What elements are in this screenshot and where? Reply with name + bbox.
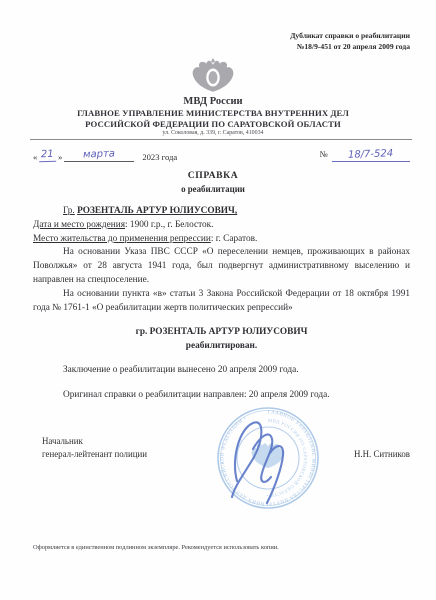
duplicate-note: Дубликат справки о реабилитации №18/9-45… bbox=[290, 31, 410, 52]
handwritten-month: марта bbox=[83, 149, 115, 160]
duplicate-note-line2: №18/9-451 от 20 апреля 2009 года bbox=[290, 42, 410, 53]
agency-name: МВД России bbox=[0, 96, 426, 108]
signer-name: Н.Н. Ситников bbox=[354, 448, 410, 461]
org-address: ул. Соколовая, д. 339, г. Саратов, 41003… bbox=[0, 130, 426, 136]
title-subject: о реабилитации bbox=[0, 184, 426, 194]
org-name-line2: РОССИЙСКОЙ ФЕДЕРАЦИИ ПО САРАТОВСКОЙ ОБЛА… bbox=[0, 119, 426, 130]
title-spravka: СПРАВКА bbox=[0, 170, 426, 181]
residence-label: Место жительства до применения репрессии bbox=[33, 234, 211, 244]
document-body: Гр. РОЗЕНТАЛЬ АРТУР ЮЛИУСОВИЧ, Дата и ме… bbox=[33, 205, 410, 402]
verdict-name: гр. РОЗЕНТАЛЬ АРТУР ЮЛИУСОВИЧ bbox=[33, 326, 410, 339]
handwritten-number: 18/7-524 bbox=[348, 149, 393, 161]
number-blank: 18/7-524 bbox=[332, 149, 410, 162]
birth-label: Дата и место рождения bbox=[33, 220, 125, 230]
paragraph-law: На основании пункта «в» статьи 3 Закона … bbox=[33, 288, 410, 316]
signer-post-line2: генерал-лейтенант полиции bbox=[42, 448, 147, 461]
residence-line: Место жительства до применения репрессии… bbox=[33, 233, 410, 247]
citizen-name-line: Гр. РОЗЕНТАЛЬ АРТУР ЮЛИУСОВИЧ, bbox=[33, 205, 410, 219]
year-text: 2023 года bbox=[142, 152, 177, 162]
date-number-row: «21» марта 2023 года №18/7-524 bbox=[33, 146, 410, 162]
gr-label: Гр. bbox=[63, 206, 75, 216]
birth-value: : 1900 г.р., г. Белосток. bbox=[125, 220, 214, 230]
mvd-eagle-emblem-icon bbox=[190, 58, 236, 94]
letterhead-divider bbox=[30, 139, 412, 140]
handwritten-day: 21 bbox=[39, 150, 56, 163]
org-name-line1: ГЛАВНОЕ УПРАВЛЕНИЕ МИНИСТЕРСТВА ВНУТРЕНН… bbox=[0, 108, 426, 119]
conclusion-line: Заключение о реабилитации вынесено 20 ап… bbox=[33, 364, 410, 378]
letterhead: МВД России ГЛАВНОЕ УПРАВЛЕНИЕ МИНИСТЕРСТ… bbox=[0, 58, 426, 136]
signer-post-line1: Начальник bbox=[42, 435, 147, 448]
document-title: СПРАВКА о реабилитации bbox=[0, 170, 426, 194]
citizen-name: РОЗЕНТАЛЬ АРТУР ЮЛИУСОВИЧ, bbox=[77, 206, 237, 216]
number-field: №18/7-524 bbox=[320, 149, 410, 162]
duplicate-note-line1: Дубликат справки о реабилитации bbox=[290, 31, 410, 42]
verdict-block: гр. РОЗЕНТАЛЬ АРТУР ЮЛИУСОВИЧ реабилитир… bbox=[33, 326, 410, 352]
signature-row: Начальник генерал-лейтенант полиции Н.Н.… bbox=[42, 435, 410, 461]
rehabilitation-certificate-document: Дубликат справки о реабилитации №18/9-45… bbox=[0, 0, 436, 600]
close-quote: » bbox=[58, 152, 62, 162]
open-quote: « bbox=[33, 152, 37, 162]
paragraph-decree: На основании Указа ПВС СССР «О переселен… bbox=[33, 246, 410, 287]
birth-line: Дата и место рождения: 1900 г.р., г. Бел… bbox=[33, 219, 410, 233]
number-sign: № bbox=[320, 149, 328, 159]
signer-post: Начальник генерал-лейтенант полиции bbox=[42, 435, 147, 461]
footer-note: Оформляется в единственном подлинном экз… bbox=[33, 544, 279, 551]
month-blank: марта bbox=[64, 149, 134, 162]
residence-value: : г. Саратов. bbox=[211, 234, 257, 244]
date-field: «21» марта 2023 года bbox=[33, 149, 177, 162]
original-sent-line: Оригинал справки о реабилитации направле… bbox=[33, 389, 410, 403]
verdict-text: реабилитирован. bbox=[33, 340, 410, 353]
